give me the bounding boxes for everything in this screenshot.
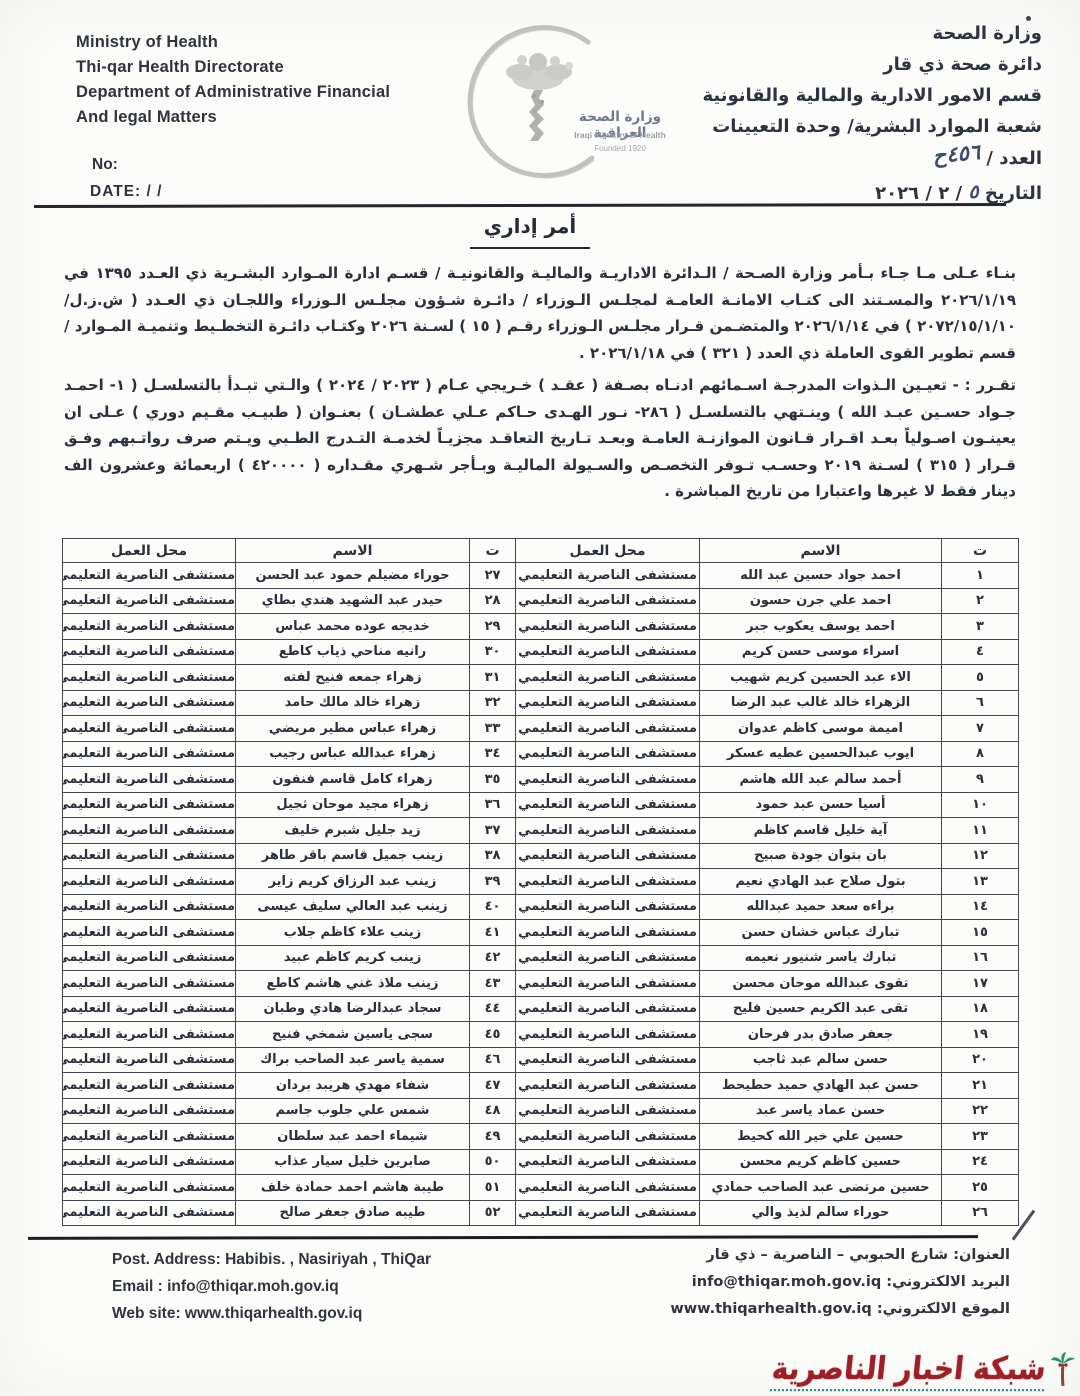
cell-workplace: مستشفى الناصرية التعليمي — [63, 971, 236, 997]
table-row: ٦الزهراء خالد غالب عبد الرضامستشفى الناص… — [63, 690, 1019, 716]
col-header-workplace: محل العمل — [63, 539, 236, 563]
footer-email: Email : info@thiqar.moh.gov.iq — [112, 1273, 431, 1300]
logo-founded-text: Founded 1920 — [560, 144, 680, 153]
table-row: ١٧تقوى عبدالله موحان محسنمستشفى الناصرية… — [63, 971, 1019, 997]
cell-workplace: مستشفى الناصرية التعليمي — [63, 1098, 236, 1124]
cell-workplace: مستشفى الناصرية التعليمي — [63, 588, 236, 614]
table-row: ١احمد جواد حسين عبد اللهمستشفى الناصرية … — [63, 563, 1019, 589]
cell-number: ٤٦ — [470, 1047, 516, 1073]
document-number-label-en: No: — [92, 156, 118, 174]
cell-name: احمد جواد حسين عبد الله — [700, 563, 942, 589]
cell-workplace: مستشفى الناصرية التعليمي — [516, 1098, 700, 1124]
cell-name: زهراء مجيد موحان ثجيل — [236, 792, 470, 818]
cell-workplace: مستشفى الناصرية التعليمي — [516, 639, 700, 665]
cell-workplace: مستشفى الناصرية التعليمي — [516, 869, 700, 895]
cell-number: ٢ — [942, 588, 1019, 614]
cell-workplace: مستشفى الناصرية التعليمي — [516, 1124, 700, 1150]
cell-workplace: مستشفى الناصرية التعليمي — [63, 665, 236, 691]
cell-name: صابرين خليل سيار عذاب — [236, 1149, 470, 1175]
cell-workplace: مستشفى الناصرية التعليمي — [516, 588, 700, 614]
cell-name: أسيا حسن عبد حمود — [700, 792, 942, 818]
cell-number: ٣٨ — [470, 843, 516, 869]
cell-workplace: مستشفى الناصرية التعليمي — [63, 563, 236, 589]
scanned-document-page: Ministry of Health Thi-qar Health Direct… — [0, 0, 1080, 1396]
cell-number: ٤٧ — [470, 1073, 516, 1099]
letterhead-line: Ministry of Health — [76, 30, 390, 55]
cell-number: ٢٣ — [942, 1124, 1019, 1150]
cell-workplace: مستشفى الناصرية التعليمي — [516, 665, 700, 691]
cell-name: زينب ملاذ غني هاشم كاطع — [236, 971, 470, 997]
cell-workplace: مستشفى الناصرية التعليمي — [63, 920, 236, 946]
table-row: ١٩جعفر صادق بدر فرحانمستشفى الناصرية الت… — [63, 1022, 1019, 1048]
cell-name: زهراء جمعه فنيح لفته — [236, 665, 470, 691]
cell-name: زينب كريم كاظم عبيد — [236, 945, 470, 971]
cell-number: ٣٣ — [470, 716, 516, 742]
cell-number: ٢٤ — [942, 1149, 1019, 1175]
cell-workplace: مستشفى الناصرية التعليمي — [516, 563, 700, 589]
cell-workplace: مستشفى الناصرية التعليمي — [63, 741, 236, 767]
cell-number: ٤١ — [470, 920, 516, 946]
cell-workplace: مستشفى الناصرية التعليمي — [516, 741, 700, 767]
cell-name: حسين مرتضى عبد الصاحب حمادي — [700, 1175, 942, 1201]
cell-workplace: مستشفى الناصرية التعليمي — [63, 843, 236, 869]
cell-number: ١٨ — [942, 996, 1019, 1022]
cell-workplace: مستشفى الناصرية التعليمي — [63, 1175, 236, 1201]
cell-workplace: مستشفى الناصرية التعليمي — [63, 690, 236, 716]
cell-name: بان بتوان جودة صبيح — [700, 843, 942, 869]
footer-english: Post. Address: Habibis. , Nasiriyah , Th… — [112, 1246, 431, 1327]
cell-workplace: مستشفى الناصرية التعليمي — [516, 1073, 700, 1099]
cell-number: ١٥ — [942, 920, 1019, 946]
ministry-logo: وزارة الصحة العراقية Iraqi Ministry of H… — [438, 16, 686, 191]
cell-number: ٥٠ — [470, 1149, 516, 1175]
cell-number: ٦ — [942, 690, 1019, 716]
table-row: ٢٥حسين مرتضى عبد الصاحب حماديمستشفى النا… — [63, 1175, 1019, 1201]
cell-name: ايوب عبدالحسين عطيه عسكر — [700, 741, 942, 767]
cell-name: زينب عبد العالي سليف عيسى — [236, 894, 470, 920]
cell-number: ٣ — [942, 614, 1019, 640]
crescent-and-palm-icon — [438, 16, 686, 191]
cell-name: سجاد عبدالرضا هادي وطبان — [236, 996, 470, 1022]
cell-number: ٢٨ — [470, 588, 516, 614]
cell-name: الزهراء خالد غالب عبد الرضا — [700, 690, 942, 716]
cell-number: ٨ — [942, 741, 1019, 767]
cell-workplace: مستشفى الناصرية التعليمي — [63, 639, 236, 665]
cell-number: ٩ — [942, 767, 1019, 793]
cell-number: ٣٩ — [470, 869, 516, 895]
cell-number: ٥١ — [470, 1175, 516, 1201]
cell-name: بتول صلاح عبد الهادي نعيم — [700, 869, 942, 895]
footer-arabic: العنوان: شارع الحبوبي – الناصرية – ذي قا… — [670, 1242, 1010, 1323]
footer-address-ar: العنوان: شارع الحبوبي – الناصرية – ذي قا… — [670, 1242, 1010, 1269]
footer-divider-line — [28, 1235, 978, 1240]
cell-workplace: مستشفى الناصرية التعليمي — [516, 818, 700, 844]
cell-workplace: مستشفى الناصرية التعليمي — [63, 1073, 236, 1099]
cell-workplace: مستشفى الناصرية التعليمي — [516, 945, 700, 971]
number-label: العدد / — [986, 148, 1042, 169]
cell-name: تقوى عبدالله موحان محسن — [700, 971, 942, 997]
cell-number: ٥٢ — [470, 1200, 516, 1226]
table-row: ٢١حسن عبد الهادي حميد حطيحطمستشفى الناصر… — [63, 1073, 1019, 1099]
cell-name: حسين كاظم كريم محسن — [700, 1149, 942, 1175]
date-label: التاريخ — [985, 183, 1042, 204]
cell-number: ٢٠ — [942, 1047, 1019, 1073]
table-row: ٤اسراء موسى حسن كريممستشفى الناصرية التع… — [63, 639, 1019, 665]
cell-workplace: مستشفى الناصرية التعليمي — [516, 614, 700, 640]
cell-number: ١ — [942, 563, 1019, 589]
cell-number: ٤٠ — [470, 894, 516, 920]
cell-number: ٥ — [942, 665, 1019, 691]
letterhead-line-ar: شعبة الموارد البشرية/ وحدة التعيينات — [702, 111, 1042, 142]
letterhead-line: Department of Administrative Financial — [76, 80, 390, 105]
cell-workplace: مستشفى الناصرية التعليمي — [516, 1149, 700, 1175]
cell-workplace: مستشفى الناصرية التعليمي — [63, 894, 236, 920]
table-row: ٢٢حسن عماد ياسر عبدمستشفى الناصرية التعل… — [63, 1098, 1019, 1124]
news-network-watermark: شبكة اخبار الناصرية — [772, 1344, 1076, 1396]
cell-name: تقى عبد الكريم حسين فليح — [700, 996, 942, 1022]
table-row: ١٤براءه سعد حميد عبداللهمستشفى الناصرية … — [63, 894, 1019, 920]
cell-workplace: مستشفى الناصرية التعليمي — [63, 1200, 236, 1226]
cell-name: حسين علي خير الله كحيط — [700, 1124, 942, 1150]
cell-workplace: مستشفى الناصرية التعليمي — [516, 894, 700, 920]
table-row: ٢٠حسن سالم عبد ثاجبمستشفى الناصرية التعل… — [63, 1047, 1019, 1073]
footer-email-ar: البريد الالكتروني: info@thiqar.moh.gov.i… — [670, 1269, 1010, 1296]
cell-name: زينب عبد الرزاق كريم زاير — [236, 869, 470, 895]
cell-number: ٤٣ — [470, 971, 516, 997]
cell-workplace: مستشفى الناصرية التعليمي — [63, 614, 236, 640]
cell-workplace: مستشفى الناصرية التعليمي — [63, 767, 236, 793]
cell-workplace: مستشفى الناصرية التعليمي — [516, 1022, 700, 1048]
col-header-number: ت — [470, 539, 516, 563]
cell-name: زينب جميل قاسم باقر طاهر — [236, 843, 470, 869]
cell-name: آية خليل قاسم كاظم — [700, 818, 942, 844]
cell-number: ١٢ — [942, 843, 1019, 869]
cell-number: ١٩ — [942, 1022, 1019, 1048]
table-row: ١٨تقى عبد الكريم حسين فليحمستشفى الناصري… — [63, 996, 1019, 1022]
cell-name: جعفر صادق بدر فرحان — [700, 1022, 942, 1048]
cell-workplace: مستشفى الناصرية التعليمي — [516, 1175, 700, 1201]
col-header-name: الاسم — [236, 539, 470, 563]
cell-name: اسراء موسى حسن كريم — [700, 639, 942, 665]
col-header-number: ت — [942, 539, 1019, 563]
table-row: ٩أحمد سالم عبد الله هاشممستشفى الناصرية … — [63, 767, 1019, 793]
table-row: ١٠أسيا حسن عبد حمودمستشفى الناصرية التعل… — [63, 792, 1019, 818]
col-header-name: الاسم — [700, 539, 942, 563]
cell-workplace: مستشفى الناصرية التعليمي — [63, 869, 236, 895]
english-letterhead: Ministry of Health Thi-qar Health Direct… — [76, 30, 390, 130]
footer-website-ar: الموقع الالكتروني: www.thiqarhealth.gov.… — [670, 1296, 1010, 1323]
table-row: ٧اميمة موسى كاظم عدوانمستشفى الناصرية ال… — [63, 716, 1019, 742]
date-printed-part: / ٢ / ٢٠٢٦ — [875, 183, 962, 204]
cell-name: سمية ياسر عبد الصاحب براك — [236, 1047, 470, 1073]
cell-workplace: مستشفى الناصرية التعليمي — [516, 690, 700, 716]
cell-number: ٣٢ — [470, 690, 516, 716]
cell-number: ٣٤ — [470, 741, 516, 767]
cell-workplace: مستشفى الناصرية التعليمي — [516, 920, 700, 946]
number-handwritten-value: ٤٥٦ح — [931, 137, 981, 172]
cell-number: ٤٤ — [470, 996, 516, 1022]
cell-number: ٢٦ — [942, 1200, 1019, 1226]
cell-workplace: مستشفى الناصرية التعليمي — [63, 1047, 236, 1073]
letterhead-line: Thi-qar Health Directorate — [76, 55, 390, 80]
arabic-letterhead: وزارة الصحة دائرة صحة ذي قار قسم الامور … — [702, 18, 1042, 209]
table-row: ١١آية خليل قاسم كاظممستشفى الناصرية التع… — [63, 818, 1019, 844]
cell-number: ٣٥ — [470, 767, 516, 793]
cell-name: حوراء سالم لذيذ والي — [700, 1200, 942, 1226]
cell-workplace: مستشفى الناصرية التعليمي — [516, 716, 700, 742]
letterhead-line-ar: قسم الامور الادارية والمالية والقانونية — [702, 80, 1042, 111]
watermark-text: شبكة اخبار الناصرية — [770, 1349, 1048, 1390]
cell-number: ٤ — [942, 639, 1019, 665]
cell-workplace: مستشفى الناصرية التعليمي — [63, 1022, 236, 1048]
table-row: ٢احمد علي جرن حسونمستشفى الناصرية التعلي… — [63, 588, 1019, 614]
cell-name: شفاء مهدي هريبد بردان — [236, 1073, 470, 1099]
cell-name: حسن عبد الهادي حميد حطيحط — [700, 1073, 942, 1099]
letterhead-line-ar: دائرة صحة ذي قار — [702, 49, 1042, 80]
cell-name: زيد جليل شبرم خليف — [236, 818, 470, 844]
cell-name: حسن سالم عبد ثاجب — [700, 1047, 942, 1073]
table-row: ٢٦حوراء سالم لذيذ واليمستشفى الناصرية ال… — [63, 1200, 1019, 1226]
footer-website: Web site: www.thiqarhealth.gov.iq — [112, 1300, 431, 1327]
cell-number: ١٣ — [942, 869, 1019, 895]
cell-name: زهراء كامل قاسم فنفون — [236, 767, 470, 793]
cell-workplace: مستشفى الناصرية التعليمي — [516, 971, 700, 997]
cell-number: ٣٠ — [470, 639, 516, 665]
employee-table-body: ١احمد جواد حسين عبد اللهمستشفى الناصرية … — [63, 563, 1019, 1226]
table-row: ١٦تبارك ياسر شنيور نعيمهمستشفى الناصرية … — [63, 945, 1019, 971]
letterhead-line: And legal Matters — [76, 105, 390, 130]
cell-name: اميمة موسى كاظم عدوان — [700, 716, 942, 742]
table-row: ٢٣حسين علي خير الله كحيطمستشفى الناصرية … — [63, 1124, 1019, 1150]
cell-name: براءه سعد حميد عبدالله — [700, 894, 942, 920]
logo-title-english: Iraqi Ministry of Health — [560, 130, 680, 140]
cell-number: ٤٢ — [470, 945, 516, 971]
table-header-row: ت الاسم محل العمل ت الاسم محل العمل — [63, 539, 1019, 563]
scan-dot-artifact — [1026, 16, 1031, 21]
watermark-palm-icon — [1050, 1352, 1076, 1388]
cell-name: زهراء عبدالله عباس رجيب — [236, 741, 470, 767]
cell-name: سجى ياسين شمخي فنيح — [236, 1022, 470, 1048]
table-row: ١٢بان بتوان جودة صبيحمستشفى الناصرية الت… — [63, 843, 1019, 869]
table-row: ٥الاء عبد الحسين كريم شهيبمستشفى الناصري… — [63, 665, 1019, 691]
cell-name: حوراء مضيلم حمود عبد الحسن — [236, 563, 470, 589]
document-date-label-en: DATE: / / — [90, 183, 162, 201]
letterhead-line-ar: وزارة الصحة — [702, 18, 1042, 49]
cell-number: ١٧ — [942, 971, 1019, 997]
cell-name: طيبه صادق جعفر صالح — [236, 1200, 470, 1226]
cell-workplace: مستشفى الناصرية التعليمي — [516, 843, 700, 869]
cell-number: ٤٥ — [470, 1022, 516, 1048]
table-row: ٨ايوب عبدالحسين عطيه عسكرمستشفى الناصرية… — [63, 741, 1019, 767]
table-row: ١٣بتول صلاح عبد الهادي نعيممستشفى الناصر… — [63, 869, 1019, 895]
cell-workplace: مستشفى الناصرية التعليمي — [516, 767, 700, 793]
cell-number: ١١ — [942, 818, 1019, 844]
cell-name: حيدر عبد الشهيد هندي بطاي — [236, 588, 470, 614]
preamble-paragraph: بنـاء عـلى مـا جـاء بـأمر وزارة الصـحة /… — [64, 260, 1016, 366]
employee-table: ت الاسم محل العمل ت الاسم محل العمل ١احم… — [62, 538, 1019, 1226]
cell-name: زينب علاء كاظم جلاب — [236, 920, 470, 946]
cell-number: ٢١ — [942, 1073, 1019, 1099]
cell-workplace: مستشفى الناصرية التعليمي — [63, 996, 236, 1022]
cell-workplace: مستشفى الناصرية التعليمي — [63, 1124, 236, 1150]
cell-name: شيماء احمد عبد سلطان — [236, 1124, 470, 1150]
cell-name: زهراء خالد مالك حامد — [236, 690, 470, 716]
cell-name: شمس علي جلوب جاسم — [236, 1098, 470, 1124]
cell-number: ١٦ — [942, 945, 1019, 971]
table-row: ٢٤حسين كاظم كريم محسنمستشفى الناصرية الت… — [63, 1149, 1019, 1175]
table-row: ٣احمد يوسف يعكوب جبرمستشفى الناصرية التع… — [63, 614, 1019, 640]
cell-name: الاء عبد الحسين كريم شهيب — [700, 665, 942, 691]
cell-number: ٤٩ — [470, 1124, 516, 1150]
cell-workplace: مستشفى الناصرية التعليمي — [516, 1047, 700, 1073]
document-number-line: العدد / ٤٥٦ح — [702, 142, 1042, 178]
cell-number: ٧ — [942, 716, 1019, 742]
cell-name: خديجه عوده محمد عباس — [236, 614, 470, 640]
cell-workplace: مستشفى الناصرية التعليمي — [63, 792, 236, 818]
cell-workplace: مستشفى الناصرية التعليمي — [63, 1149, 236, 1175]
cell-workplace: مستشفى الناصرية التعليمي — [63, 818, 236, 844]
cell-name: رانيه مناحي ذياب كاطع — [236, 639, 470, 665]
cell-workplace: مستشفى الناصرية التعليمي — [63, 716, 236, 742]
decision-paragraph: تقـرر : - تعيـين الـذوات المدرجـة اسـمائ… — [64, 372, 1016, 505]
cell-number: ٢٥ — [942, 1175, 1019, 1201]
cell-number: ١٠ — [942, 792, 1019, 818]
cell-number: ٤٨ — [470, 1098, 516, 1124]
cell-name: احمد يوسف يعكوب جبر — [700, 614, 942, 640]
cell-name: حسن عماد ياسر عبد — [700, 1098, 942, 1124]
document-title: أمر إداري — [0, 214, 1060, 249]
cell-workplace: مستشفى الناصرية التعليمي — [516, 792, 700, 818]
cell-name: احمد علي جرن حسون — [700, 588, 942, 614]
table-row: ١٥تبارك عباس خشان حسنمستشفى الناصرية الت… — [63, 920, 1019, 946]
cell-number: ٢٩ — [470, 614, 516, 640]
cell-name: زهراء عباس مطير مريضي — [236, 716, 470, 742]
cell-name: تبارك عباس خشان حسن — [700, 920, 942, 946]
cell-workplace: مستشفى الناصرية التعليمي — [516, 996, 700, 1022]
col-header-workplace: محل العمل — [516, 539, 700, 563]
footer-postal-address: Post. Address: Habibis. , Nasiriyah , Th… — [112, 1246, 431, 1273]
cell-number: ٣٦ — [470, 792, 516, 818]
cell-name: أحمد سالم عبد الله هاشم — [700, 767, 942, 793]
cell-number: ١٤ — [942, 894, 1019, 920]
cell-number: ٢٢ — [942, 1098, 1019, 1124]
cell-number: ٢٧ — [470, 563, 516, 589]
cell-workplace: مستشفى الناصرية التعليمي — [516, 1200, 700, 1226]
cell-workplace: مستشفى الناصرية التعليمي — [63, 945, 236, 971]
cell-number: ٣١ — [470, 665, 516, 691]
cell-number: ٣٧ — [470, 818, 516, 844]
cell-name: تبارك ياسر شنيور نعيمه — [700, 945, 942, 971]
cell-name: طيبة هاشم احمد حمادة خلف — [236, 1175, 470, 1201]
